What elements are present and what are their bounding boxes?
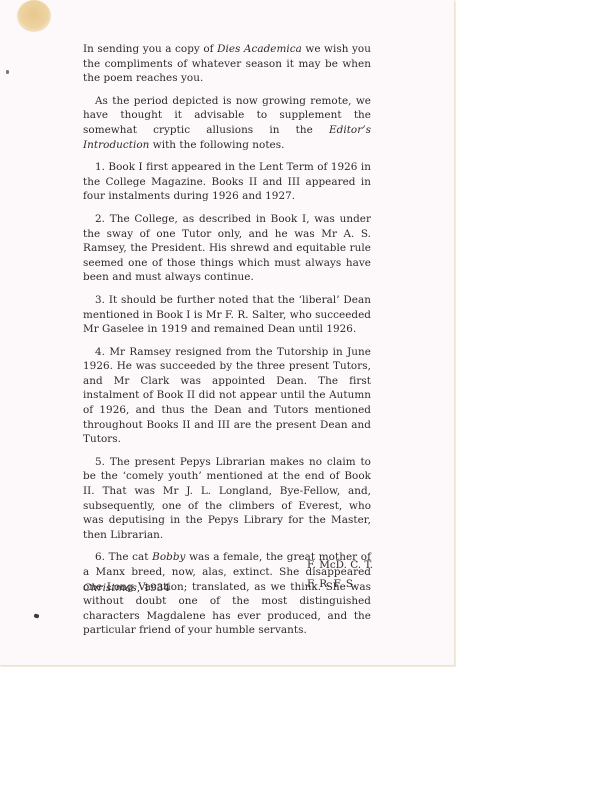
note-5: 5. The present Pepys Librarian makes no … [83,455,371,543]
intro-paragraph: In sending you a copy of Dies Academica … [83,42,371,86]
context-paragraph: As the period depicted is now growing re… [83,94,371,152]
text-run: In sending you a copy of [83,43,217,55]
cat-name-bobby: Bobby [152,551,185,563]
dateline: Christmas, 1934 [83,582,170,594]
dateline-year: , 1934 [137,582,170,594]
speck-mark [6,70,9,74]
paper-sheet: In sending you a copy of Dies Academica … [0,0,455,666]
text-run: with the following notes. [149,139,284,151]
dateline-season: Christmas [83,582,137,594]
text-run: 4. Mr Ramsey resigned from the Tutorship… [83,346,371,446]
signature-2: F. R. F. S. [307,575,373,594]
text-run: As the period depicted is now growing re… [83,95,371,136]
text-run: 6. The cat [95,551,152,563]
text-run: 5. The present Pepys Librarian makes no … [83,456,371,541]
signature-1: F. McD. C. T. [307,556,373,575]
note-4: 4. Mr Ramsey resigned from the Tutorship… [83,345,371,447]
signature-block: F. McD. C. T. F. R. F. S. [307,556,373,594]
speck-mark [33,613,39,618]
title-dies-academica: Dies Academica [217,43,302,55]
note-2: 2. The College, as described in Book I, … [83,212,371,285]
text-run: 2. The College, as described in Book I, … [83,213,371,283]
stain-mark [17,0,51,32]
note-1: 1. Book I first appeared in the Lent Ter… [83,160,371,204]
text-run: 3. It should be further noted that the ‘… [83,294,371,335]
text-run: 1. Book I first appeared in the Lent Ter… [83,161,371,202]
note-3: 3. It should be further noted that the ‘… [83,293,371,337]
